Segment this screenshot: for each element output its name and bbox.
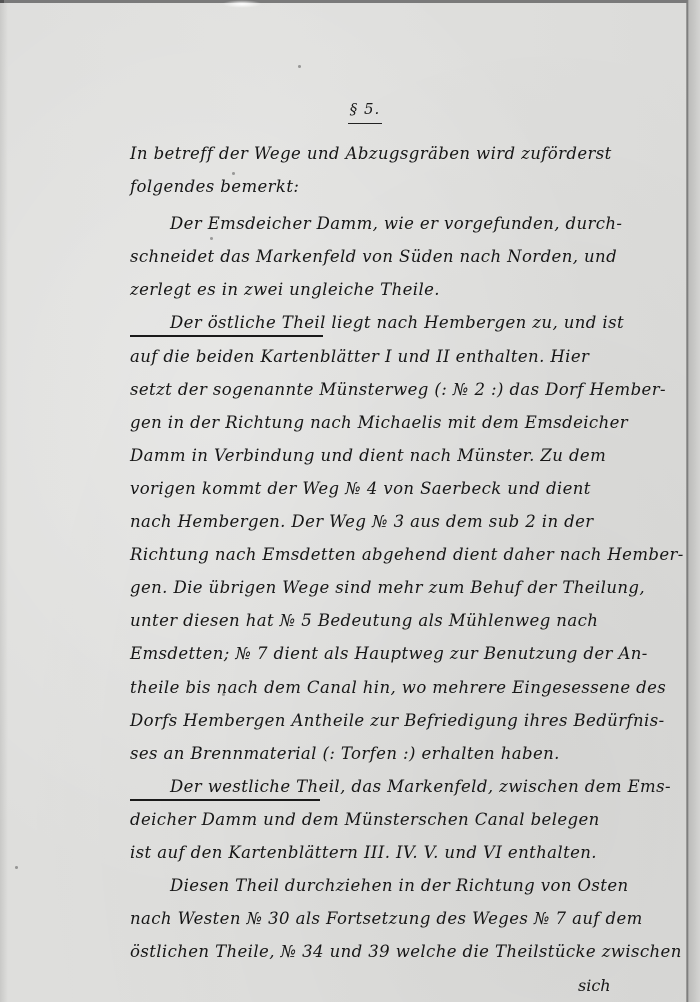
text-line: theile bis nach dem Canal hin, wo mehrer… [130, 671, 650, 704]
text-line: schneidet das Markenfeld von Süden nach … [130, 240, 650, 273]
text-line: folgendes bemerkt: [130, 170, 650, 203]
text-line: Diesen Theil durchziehen in der Richtung… [130, 869, 650, 902]
heading-underline [348, 123, 382, 124]
paper-speck [15, 866, 18, 869]
text-line: Dorfs Hembergen Antheile zur Befriedigun… [130, 704, 650, 737]
text-line: Der Emsdeicher Damm, wie er vorgefunden,… [130, 207, 650, 240]
text-line: unter diesen hat № 5 Bedeutung als Mühle… [130, 604, 650, 637]
catchword: sich [578, 976, 611, 995]
text-line: Damm in Verbindung und dient nach Münste… [130, 439, 650, 472]
manuscript-body: In betreff der Wege und Abzugsgräben wir… [130, 137, 650, 968]
text-line: Richtung nach Emsdetten abgehend dient d… [130, 538, 650, 571]
text-line: setzt der sogenannte Münsterweg (: № 2 :… [130, 373, 650, 406]
phrase-underline [130, 335, 323, 337]
text-line: vorigen kommt der Weg № 4 von Saerbeck u… [130, 472, 650, 505]
scanned-page: § 5. In betreff der Wege und Abzugsgräbe… [0, 0, 700, 1002]
text-line-underlined: Der westliche Theil, das Markenfeld, zwi… [130, 770, 650, 803]
text-line: gen in der Richtung nach Michaelis mit d… [130, 406, 650, 439]
text-line: auf die beiden Kartenblätter I und II en… [130, 340, 650, 373]
next-page-edge [687, 0, 700, 1002]
text-line: Emsdetten; № 7 dient als Hauptweg zur Be… [130, 637, 650, 670]
text-line: deicher Damm und dem Münsterschen Canal … [130, 803, 650, 836]
text-line-underlined: Der östliche Theil liegt nach Hembergen … [130, 306, 650, 339]
scan-glare [222, 0, 262, 8]
text-line: ist auf den Kartenblättern III. IV. V. u… [130, 836, 650, 869]
text-line-content: Der östliche Theil liegt nach Hembergen … [170, 313, 624, 332]
paper-speck [298, 65, 301, 68]
text-line-content: Der westliche Theil, das Markenfeld, zwi… [170, 777, 671, 796]
section-heading: § 5. [345, 100, 385, 118]
text-line: In betreff der Wege und Abzugsgräben wir… [130, 137, 650, 170]
text-line: nach Westen № 30 als Fortsetzung des Weg… [130, 902, 650, 935]
text-line: östlichen Theile, № 34 und 39 welche die… [130, 935, 650, 968]
text-line: gen. Die übrigen Wege sind mehr zum Behu… [130, 571, 650, 604]
text-line: zerlegt es in zwei ungleiche Theile. [130, 273, 650, 306]
phrase-underline [130, 799, 320, 801]
text-line: ses an Brennmaterial (: Torfen :) erhalt… [130, 737, 650, 770]
text-line: nach Hembergen. Der Weg № 3 aus dem sub … [130, 505, 650, 538]
